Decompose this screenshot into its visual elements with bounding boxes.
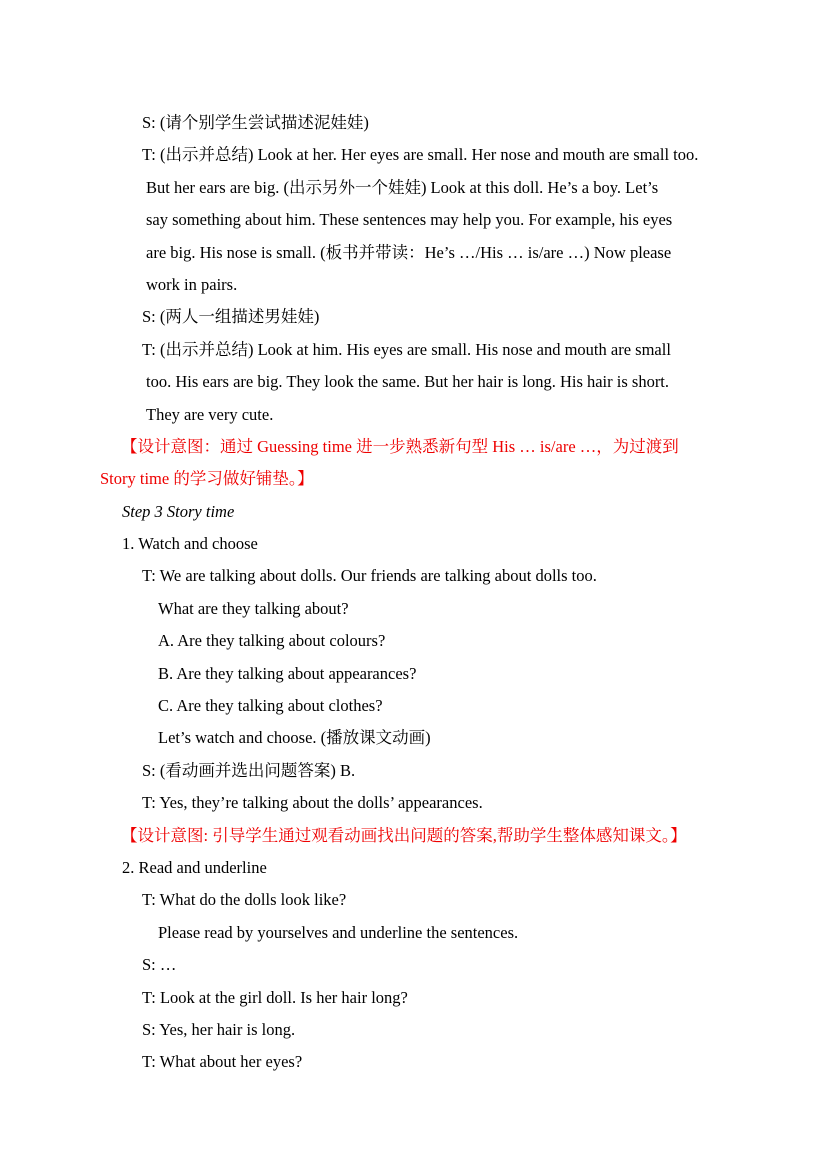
teacher-line: T: What about her eyes?	[100, 1046, 765, 1078]
teacher-sub-line: Let’s watch and choose. (播放课文动画)	[100, 722, 765, 754]
student-line: S: Yes, her hair is long.	[100, 1014, 765, 1046]
teacher-line: T: (出示并总结) Look at her. Her eyes are sma…	[100, 139, 765, 171]
teacher-line-continuation: are big. His nose is small. (板书并带读：He’s …	[100, 237, 765, 269]
teacher-sub-line: Please read by yourselves and underline …	[100, 917, 765, 949]
teacher-line-continuation: work in pairs.	[100, 269, 765, 301]
activity-heading: 2. Read and underline	[100, 852, 765, 884]
design-intent-note: 【设计意图: 引导学生通过观看动画找出问题的答案,帮助学生整体感知课文。】	[100, 820, 765, 852]
document-page: S: (请个别学生尝试描述泥娃娃) T: (出示并总结) Look at her…	[0, 0, 827, 1170]
teacher-sub-line: What are they talking about?	[100, 593, 765, 625]
student-line: S: (两人一组描述男娃娃)	[100, 301, 765, 333]
teacher-line: T: What do the dolls look like?	[100, 884, 765, 916]
lesson-plan-body: S: (请个别学生尝试描述泥娃娃) T: (出示并总结) Look at her…	[100, 107, 765, 1079]
option-line-b: B. Are they talking about appearances?	[100, 658, 765, 690]
design-intent-note: 【设计意图：通过 Guessing time 进一步熟悉新句型 His … is…	[100, 431, 765, 463]
student-line: S: (请个别学生尝试描述泥娃娃)	[100, 107, 765, 139]
student-line: S: …	[100, 949, 765, 981]
teacher-line: T: Look at the girl doll. Is her hair lo…	[100, 982, 765, 1014]
teacher-line-continuation: say something about him. These sentences…	[100, 204, 765, 236]
teacher-line-continuation: too. His ears are big. They look the sam…	[100, 366, 765, 398]
teacher-line: T: (出示并总结) Look at him. His eyes are sma…	[100, 334, 765, 366]
student-line: S: (看动画并选出问题答案) B.	[100, 755, 765, 787]
option-line-a: A. Are they talking about colours?	[100, 625, 765, 657]
option-line-c: C. Are they talking about clothes?	[100, 690, 765, 722]
teacher-line: T: Yes, they’re talking about the dolls’…	[100, 787, 765, 819]
design-intent-note-continuation: Story time 的学习做好铺垫。】	[100, 463, 765, 495]
teacher-line: T: We are talking about dolls. Our frien…	[100, 560, 765, 592]
activity-heading: 1. Watch and choose	[100, 528, 765, 560]
step-heading: Step 3 Story time	[100, 496, 765, 528]
teacher-line-continuation: But her ears are big. (出示另外一个娃娃) Look at…	[100, 172, 765, 204]
teacher-line-continuation: They are very cute.	[100, 399, 765, 431]
